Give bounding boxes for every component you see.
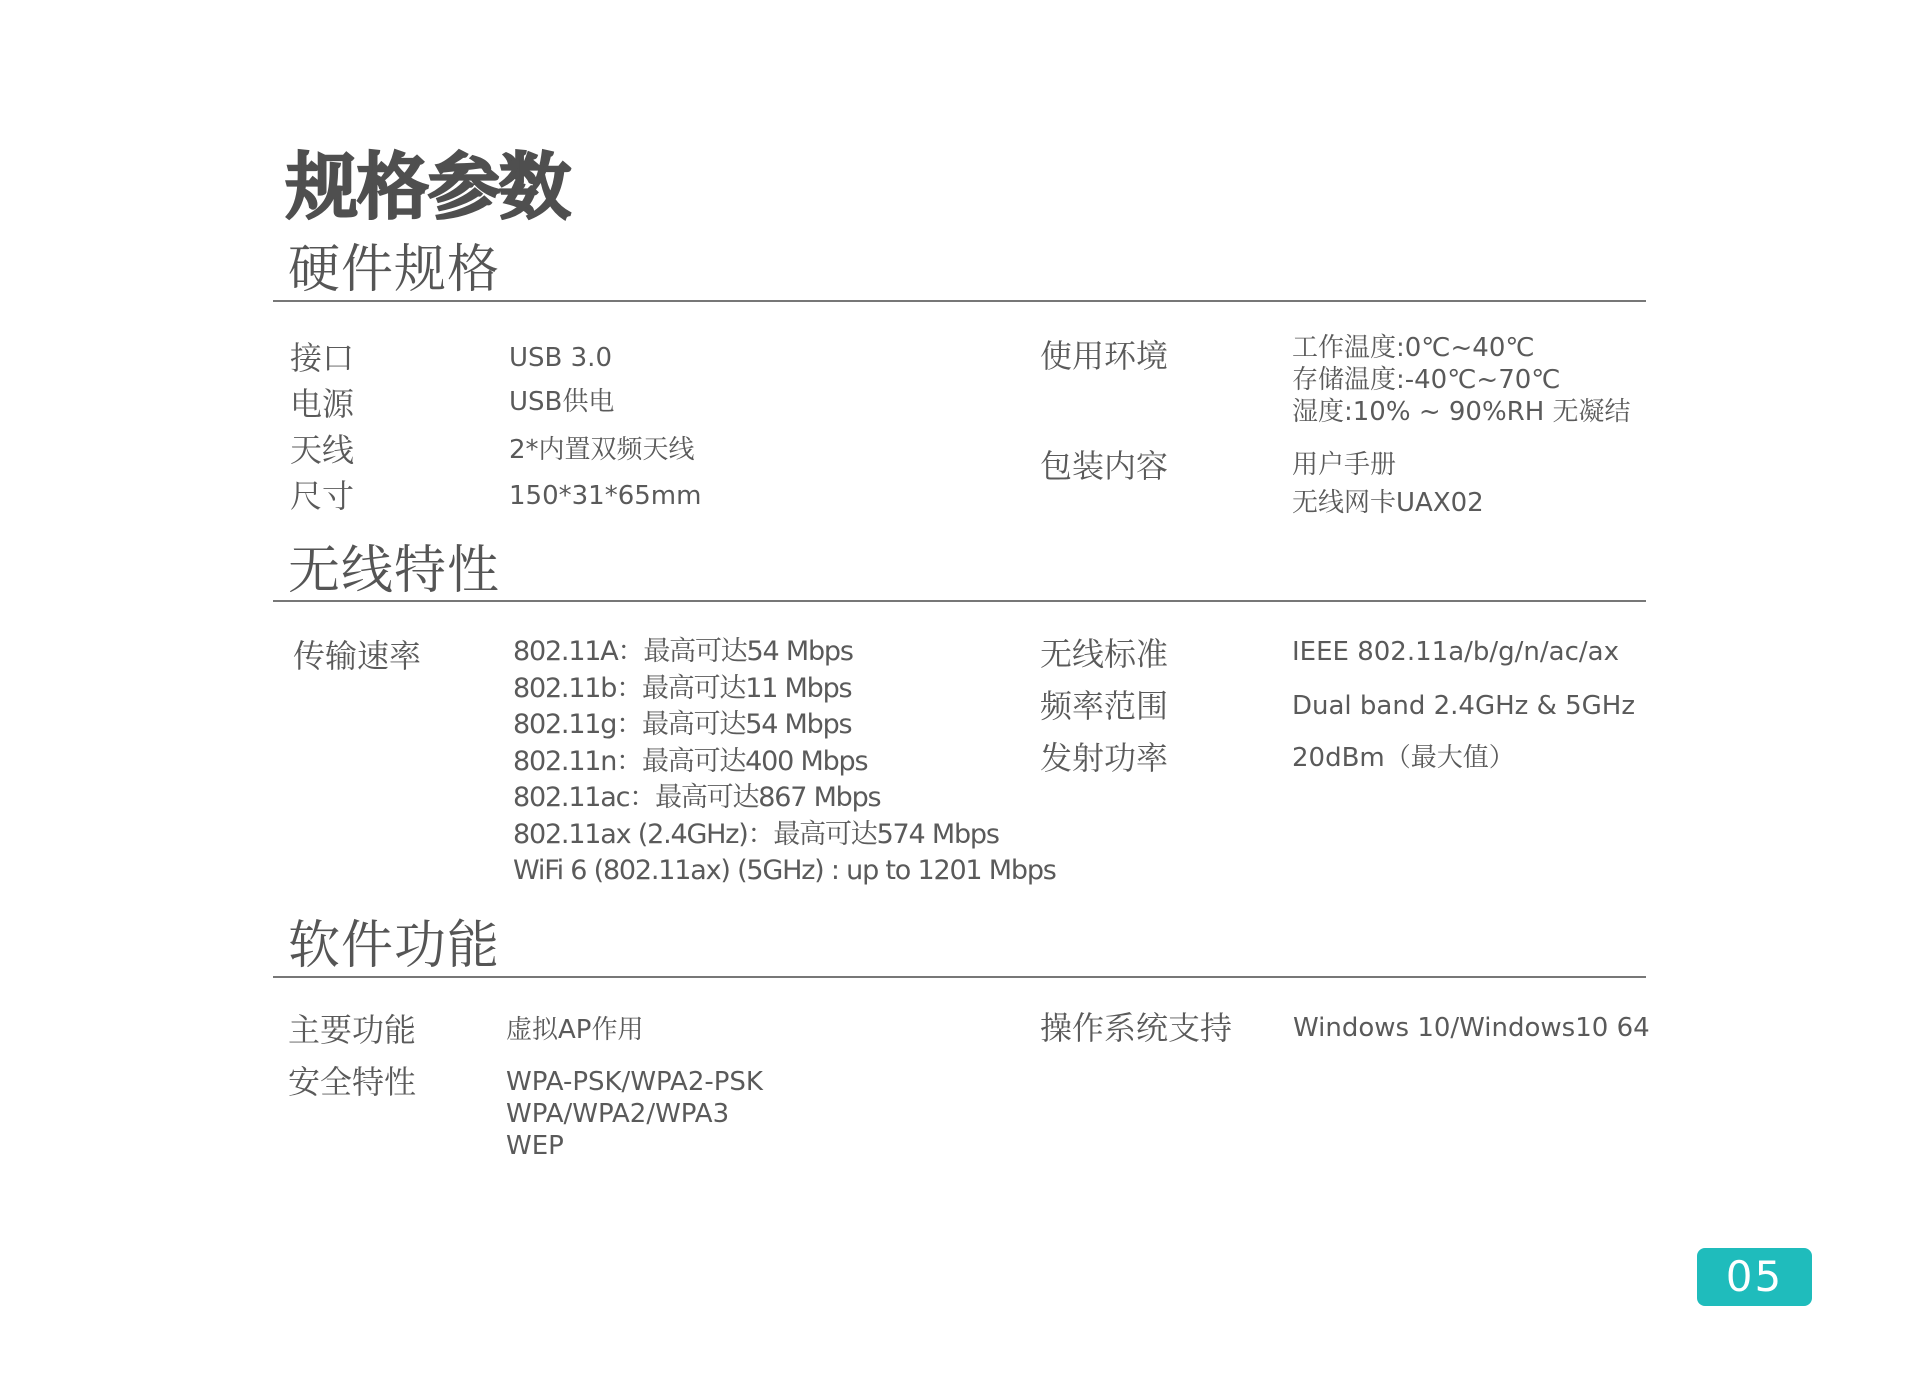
section-title-hardware: 硬件规格 [288,240,500,300]
spec-value-line: WPA-PSK/WPA2-PSK [506,1066,763,1098]
section-title-software: 软件功能 [288,916,500,976]
spec-label-interface: 接口 [290,338,354,378]
spec-label-dimensions: 尺寸 [290,476,354,516]
spec-value-power: USB供电 [509,384,614,420]
spec-value-line: 802.11ax (2.4GHz)：最高可达574 Mbps [513,817,1056,854]
section-divider-wireless [273,600,1646,602]
section-title-wireless: 无线特性 [288,541,500,601]
page-number-badge: 05 [1697,1248,1812,1306]
spec-value-line: 802.11b：最高可达11 Mbps [513,671,1056,708]
spec-label-frequency: 频率范围 [1040,686,1168,726]
spec-label-package: 包装内容 [1040,446,1168,486]
spec-value-dimensions: 150*31*65mm [509,478,701,514]
spec-value-wireless-standard: IEEE 802.11a/b/g/n/ac/ax [1292,634,1619,670]
spec-value-line: 用户手册 [1292,446,1484,484]
spec-value-line: 湿度:10% ~ 90%RH 无凝结 [1292,396,1631,428]
spec-label-antenna: 天线 [290,430,354,470]
spec-value-os-support: Windows 10/Windows10 64 [1293,1010,1650,1046]
spec-value-line: WEP [506,1130,763,1162]
spec-value-line: WPA/WPA2/WPA3 [506,1098,763,1130]
spec-label-security: 安全特性 [288,1062,416,1102]
spec-label-power: 电源 [290,384,354,424]
spec-value-line: 802.11ac：最高可达867 Mbps [513,780,1056,817]
spec-label-os-support: 操作系统支持 [1040,1008,1232,1048]
spec-label-main-function: 主要功能 [288,1010,416,1050]
page-title: 规格参数 [286,146,570,228]
spec-value-line: 存储温度:-40℃~70℃ [1292,364,1631,396]
spec-value-main-function: 虚拟AP作用 [506,1012,643,1048]
section-divider-software [273,976,1646,978]
spec-value-environment: 工作温度:0℃~40℃ 存储温度:-40℃~70℃ 湿度:10% ~ 90%RH… [1292,332,1631,428]
spec-value-antenna: 2*内置双频天线 [509,432,695,468]
spec-value-tx-power: 20dBm（最大值） [1292,740,1515,776]
spec-value-security: WPA-PSK/WPA2-PSK WPA/WPA2/WPA3 WEP [506,1066,763,1162]
spec-value-line: 工作温度:0℃~40℃ [1292,332,1631,364]
spec-value-interface: USB 3.0 [509,340,612,376]
spec-value-package: 用户手册 无线网卡UAX02 [1292,446,1484,522]
spec-label-wireless-standard: 无线标准 [1040,634,1168,674]
spec-value-frequency: Dual band 2.4GHz & 5GHz [1292,688,1635,724]
spec-value-line: 802.11g：最高可达54 Mbps [513,707,1056,744]
spec-label-tx-power: 发射功率 [1040,738,1168,778]
spec-value-transfer-rate: 802.11A：最高可达54 Mbps 802.11b：最高可达11 Mbps … [513,634,1056,890]
spec-value-line: 802.11n：最高可达400 Mbps [513,744,1056,781]
spec-value-line: 802.11A：最高可达54 Mbps [513,634,1056,671]
spec-value-line: 无线网卡UAX02 [1292,484,1484,522]
section-divider-hardware [273,300,1646,302]
spec-label-environment: 使用环境 [1040,336,1168,376]
spec-value-line: WiFi 6 (802.11ax) (5GHz) : up to 1201 Mb… [513,853,1056,890]
spec-label-transfer-rate: 传输速率 [293,636,421,676]
